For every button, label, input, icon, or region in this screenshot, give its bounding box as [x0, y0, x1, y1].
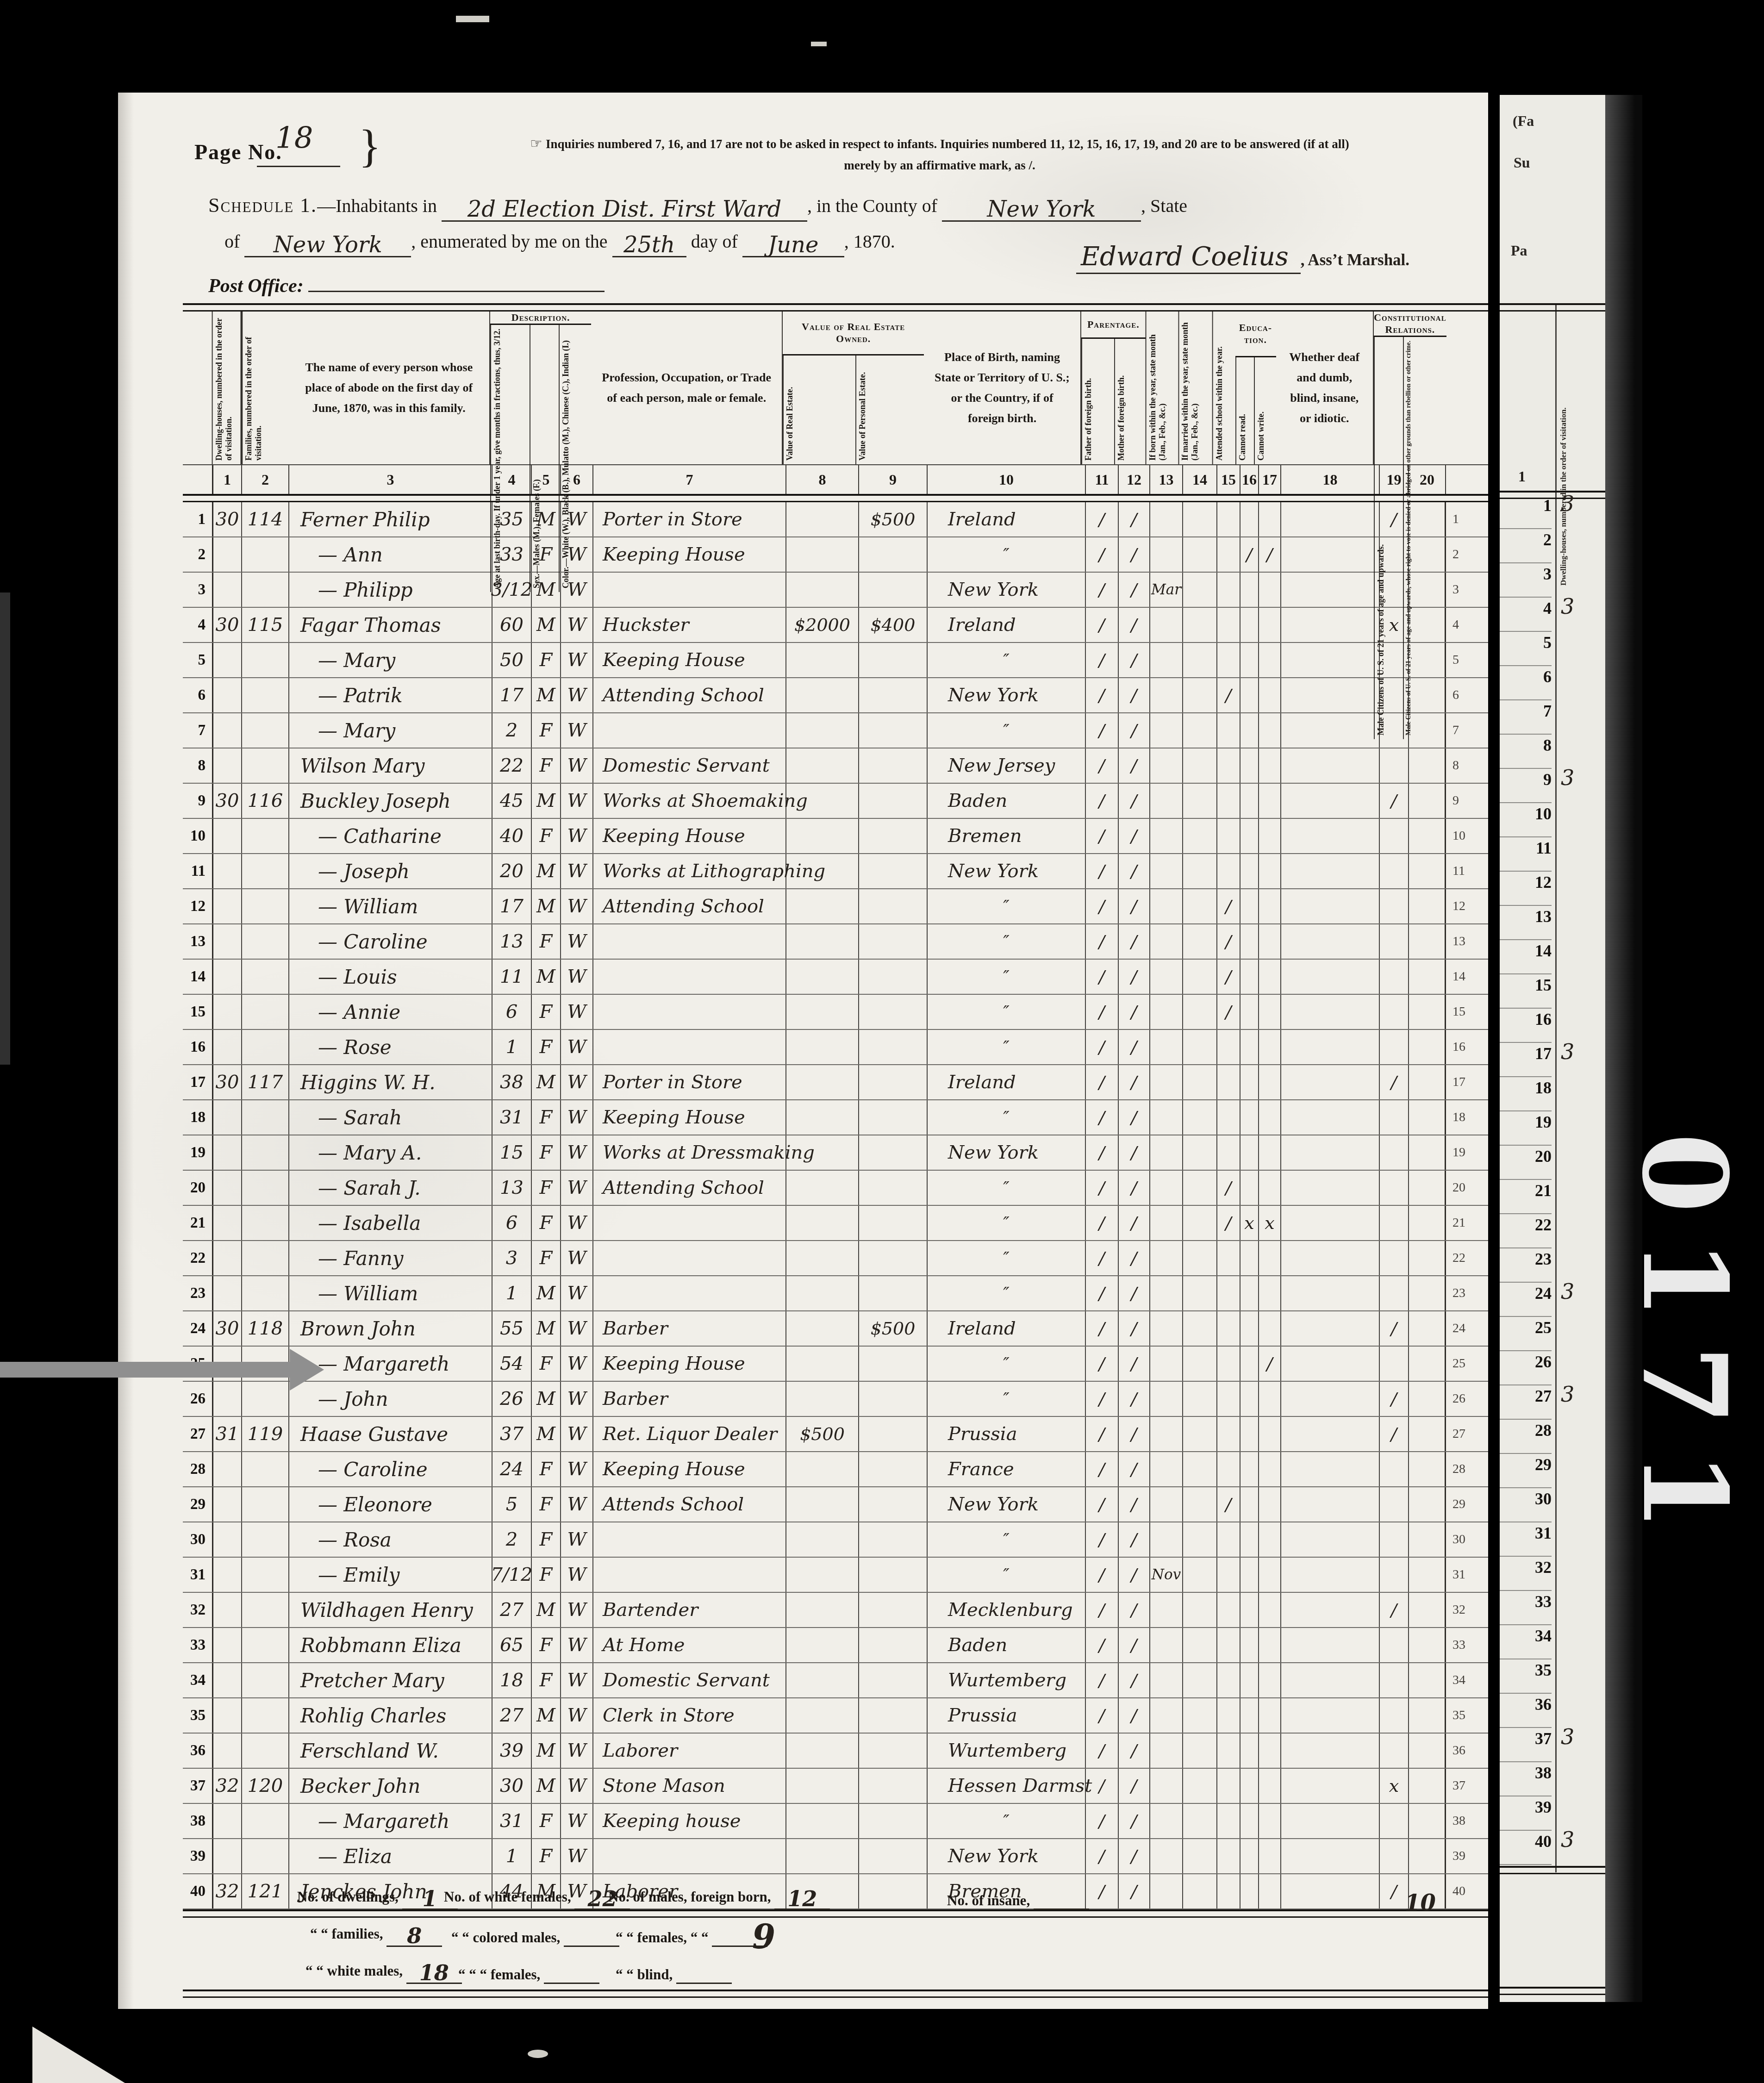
cell-sex: F [532, 1663, 561, 1697]
cell-male_citizen: / [1380, 1593, 1409, 1627]
cell-real_estate [786, 573, 859, 607]
cell-attended_school: / [1217, 960, 1240, 994]
cell-male_citizen [1380, 819, 1409, 853]
cell-father_foreign: / [1086, 748, 1119, 783]
cell-occupation: Works at Shoemaking [593, 784, 786, 818]
row-number-right: 13 [1446, 924, 1488, 959]
cell-born_month [1150, 1734, 1183, 1768]
cell-sex: F [532, 1030, 561, 1064]
cell-deaf_dumb [1281, 678, 1380, 712]
cell-name: — Philipp [289, 573, 492, 607]
cell-sex: M [532, 889, 561, 923]
cell-family [242, 678, 289, 712]
cell-cannot_read [1240, 1100, 1259, 1135]
cell-occupation: Porter in Store [593, 1065, 786, 1099]
cell-color: W [561, 1347, 593, 1381]
tally-label: No. of males, foreign born, [608, 1889, 774, 1905]
cell-name: — Margareth [289, 1804, 492, 1838]
cell-sex: F [532, 924, 561, 959]
row-number-left: 33 [183, 1628, 212, 1662]
table-row: 15— Annie6FW″///15 [183, 995, 1488, 1030]
cell-birthplace: Bremen [928, 819, 1086, 853]
strip-column-header-fragment: Dwelling-houses, numbered in the order o… [1559, 391, 1599, 586]
cell-cannot_write [1259, 784, 1281, 818]
table-row: 28— Caroline24FWKeeping HouseFrance//28 [183, 1452, 1488, 1487]
cell-mother_foreign: / [1119, 1593, 1150, 1627]
district-value: 2d Election Dist. First Ward [467, 196, 781, 222]
cell-real_estate [786, 1663, 859, 1697]
cell-cannot_write [1259, 854, 1281, 888]
table-row: 430115Fagar Thomas60MWHuckster$2000$400I… [183, 608, 1488, 643]
cell-color: W [561, 1839, 593, 1873]
marshal-signature-line: Edward Coelius, Ass’t Marshal. [1076, 242, 1409, 274]
cell-birthplace: New York [928, 1839, 1086, 1873]
strip-row-number: 5 [1500, 633, 1552, 666]
note-line-1: Inquiries numbered 7, 16, and 17 are not… [546, 137, 1349, 151]
enumerated-label: , enumerated by me on the [411, 231, 607, 252]
cell-family [242, 924, 289, 959]
table-header-row: Dwelling-houses, numbered in the order o… [183, 312, 1488, 464]
row-number-left: 20 [183, 1171, 212, 1205]
cell-dwelling [212, 1171, 242, 1205]
cell-family [242, 1522, 289, 1557]
tally-value: 18 [406, 1960, 462, 1984]
cell-birthplace: Baden [928, 784, 1086, 818]
cell-name: Higgins W. H. [289, 1065, 492, 1099]
strip-row-number: 15 [1500, 975, 1552, 1009]
cell-name: — Patrik [289, 678, 492, 712]
cell-deaf_dumb [1281, 1206, 1380, 1240]
cell-father_foreign: / [1086, 1593, 1119, 1627]
cell-real_estate [786, 1171, 859, 1205]
cell-personal_estate [859, 678, 928, 712]
row-number-right: 1 [1446, 502, 1488, 536]
strip-column-number: 1 [1518, 468, 1526, 485]
cell-family: 114 [242, 502, 289, 536]
cell-name: — Annie [289, 995, 492, 1029]
cell-name: — Eliza [289, 1839, 492, 1873]
cell-family [242, 1030, 289, 1064]
cell-father_foreign: / [1086, 1065, 1119, 1099]
cell-birthplace: Baden [928, 1628, 1086, 1662]
film-speck [528, 2050, 548, 2058]
cell-born_month [1150, 995, 1183, 1029]
cell-married_month [1183, 1417, 1217, 1451]
page-number-value: 18 [275, 121, 313, 156]
cell-married_month [1183, 713, 1217, 748]
cell-cannot_read [1240, 1734, 1259, 1768]
tally-value [1034, 1886, 1089, 1910]
cell-born_month [1150, 784, 1183, 818]
cell-cannot_write [1259, 1100, 1281, 1135]
table-row: 930116Buckley Joseph45MWWorks at Shoemak… [183, 784, 1488, 819]
cell-age: 45 [492, 784, 532, 818]
cell-occupation: Keeping House [593, 1347, 786, 1381]
cell-born_month: Nov [1150, 1558, 1183, 1592]
cell-color: W [561, 854, 593, 888]
cell-deaf_dumb [1281, 1311, 1380, 1346]
cell-mother_foreign: / [1119, 1839, 1150, 1873]
cell-personal_estate [859, 748, 928, 783]
cell-name: — Caroline [289, 1452, 492, 1486]
cell-attended_school [1217, 1663, 1240, 1697]
cell-born_month [1150, 1522, 1183, 1557]
cell-birthplace: Prussia [928, 1417, 1086, 1451]
tally-dwellings: No. of dwellings, 1 [297, 1886, 458, 1910]
cell-mother_foreign: / [1119, 1347, 1150, 1381]
cell-mother_foreign: / [1119, 1276, 1150, 1310]
cell-male_citizen [1380, 1628, 1409, 1662]
cell-family [242, 1663, 289, 1697]
cell-born_month [1150, 1030, 1183, 1064]
cell-age: 20 [492, 854, 532, 888]
cell-name: — Mary A. [289, 1135, 492, 1170]
column-header-18: Whether deaf and dumb, blind, insane, or… [1276, 312, 1374, 464]
cell-mother_foreign: / [1119, 854, 1150, 888]
cell-cannot_read [1240, 889, 1259, 923]
table-rows: 130114Ferner Philip35MWPorter in Store$5… [183, 502, 1488, 1909]
cell-married_month [1183, 608, 1217, 642]
cell-cannot_read [1240, 1030, 1259, 1064]
table-row: 21— Isabella6FW″///xx21 [183, 1206, 1488, 1241]
cell-color: W [561, 1276, 593, 1310]
cell-real_estate [786, 1382, 859, 1416]
cell-attended_school [1217, 573, 1240, 607]
cell-name: — Fanny [289, 1241, 492, 1275]
cell-name: — Isabella [289, 1206, 492, 1240]
strip-handwritten-mark: 3 [1561, 765, 1574, 790]
cell-deaf_dumb [1281, 748, 1380, 783]
cell-male_citizen_denied [1409, 1734, 1446, 1768]
cell-age: 1 [492, 1030, 532, 1064]
cell-cannot_write [1259, 1135, 1281, 1170]
cell-sex: F [532, 1347, 561, 1381]
cell-father_foreign: / [1086, 1100, 1119, 1135]
tally-value: 12 [774, 1886, 830, 1910]
cell-birthplace: ″ [928, 713, 1086, 748]
cell-dwelling [212, 1593, 242, 1627]
cell-born_month [1150, 1347, 1183, 1381]
row-number-left: 14 [183, 960, 212, 994]
cell-mother_foreign: / [1119, 1452, 1150, 1486]
column-number-17: 17 [1259, 465, 1281, 494]
cell-father_foreign: / [1086, 1698, 1119, 1733]
cell-male_citizen [1380, 1487, 1409, 1522]
cell-personal_estate [859, 1628, 928, 1662]
cell-occupation [593, 1558, 786, 1592]
cell-real_estate [786, 1628, 859, 1662]
cell-cannot_write [1259, 608, 1281, 642]
cell-father_foreign: / [1086, 643, 1119, 677]
cell-male_citizen: / [1380, 1382, 1409, 1416]
cell-father_foreign: / [1086, 1276, 1119, 1310]
cell-cannot_write [1259, 1452, 1281, 1486]
cell-male_citizen_denied [1409, 854, 1446, 888]
cell-cannot_read [1240, 1698, 1259, 1733]
row-number-right: 23 [1446, 1276, 1488, 1310]
table-row: 29— Eleonore5FWAttends SchoolNew York///… [183, 1487, 1488, 1522]
cell-born_month [1150, 960, 1183, 994]
cell-sex: M [532, 784, 561, 818]
film-speck [811, 42, 827, 46]
tally-white-males: “ “ white males, 18 [305, 1960, 462, 1984]
column-header-3: The name of every person whose place of … [288, 312, 490, 464]
cell-deaf_dumb [1281, 1382, 1380, 1416]
cell-male_citizen_denied [1409, 1100, 1446, 1135]
strip-footer-top-rule [1500, 1866, 1605, 1874]
cell-deaf_dumb [1281, 1628, 1380, 1662]
cell-sex: F [532, 1206, 561, 1240]
row-number-right: 32 [1446, 1593, 1488, 1627]
strip-row-number: 11 [1500, 838, 1552, 872]
cell-male_citizen [1380, 995, 1409, 1029]
cell-dwelling [212, 1522, 242, 1557]
cell-father_foreign: / [1086, 1804, 1119, 1838]
cell-born_month [1150, 678, 1183, 712]
cell-married_month [1183, 1452, 1217, 1486]
cell-personal_estate: $500 [859, 502, 928, 536]
cell-cannot_read [1240, 819, 1259, 853]
cell-real_estate: $500 [786, 1417, 859, 1451]
cell-sex: M [532, 1417, 561, 1451]
strip-row-number: 34 [1500, 1626, 1552, 1659]
table-row: 39— Eliza1FWNew York//39 [183, 1839, 1488, 1874]
cell-real_estate [786, 1839, 859, 1873]
cell-cannot_write [1259, 1065, 1281, 1099]
cell-birthplace: New York [928, 573, 1086, 607]
cell-deaf_dumb [1281, 1030, 1380, 1064]
cell-real_estate [786, 678, 859, 712]
tally-families: “ “ families, 8 [310, 1923, 442, 1947]
column-header-13: If born within the year, state month (Ja… [1146, 312, 1178, 464]
cell-family [242, 854, 289, 888]
cell-dwelling [212, 1276, 242, 1310]
cell-father_foreign: / [1086, 1558, 1119, 1592]
cell-mother_foreign: / [1119, 1100, 1150, 1135]
cell-attended_school [1217, 1698, 1240, 1733]
column-number-16: 16 [1240, 465, 1259, 494]
cell-male_citizen [1380, 1558, 1409, 1592]
cell-attended_school [1217, 1522, 1240, 1557]
cell-occupation: Keeping House [593, 537, 786, 572]
cell-birthplace: ″ [928, 1804, 1086, 1838]
cell-real_estate [786, 1065, 859, 1099]
cell-born_month [1150, 1452, 1183, 1486]
cell-name: — William [289, 1276, 492, 1310]
row-number-right: 5 [1446, 643, 1488, 677]
cell-real_estate [786, 854, 859, 888]
strip-handwritten-mark: 3 [1561, 491, 1574, 516]
cell-real_estate [786, 1311, 859, 1346]
day-label: day of [691, 231, 738, 252]
cell-mother_foreign: / [1119, 995, 1150, 1029]
cell-born_month [1150, 502, 1183, 536]
cell-age: 31 [492, 1100, 532, 1135]
cell-father_foreign: / [1086, 889, 1119, 923]
cell-male_citizen_denied [1409, 1698, 1446, 1733]
marshal-signature: Edward Coelius [1076, 242, 1301, 274]
cell-color: W [561, 1522, 593, 1557]
year-label: , 1870. [844, 231, 895, 252]
cell-birthplace: ″ [928, 1206, 1086, 1240]
column-number-9: 9 [859, 465, 928, 494]
strip-row-number: 9 [1500, 770, 1552, 803]
cell-born_month [1150, 748, 1183, 783]
cell-age: 17 [492, 889, 532, 923]
row-number-right: 16 [1446, 1030, 1488, 1064]
strip-row-number: 33 [1500, 1592, 1552, 1625]
cell-born_month: Mar [1150, 573, 1183, 607]
cell-birthplace: ″ [928, 995, 1086, 1029]
table-row: 10— Catharine40FWKeeping HouseBremen//10 [183, 819, 1488, 854]
cell-cannot_write [1259, 1663, 1281, 1697]
cell-real_estate [786, 1241, 859, 1275]
table-row: 20— Sarah J.13FWAttending School″///20 [183, 1171, 1488, 1206]
column-header-4: Age at last birth-day. If under 1 year, … [490, 325, 530, 592]
cell-cannot_write [1259, 1769, 1281, 1803]
column-header-11: Father of foreign birth. [1081, 339, 1114, 464]
cell-family [242, 819, 289, 853]
tally-males-foreign-born: No. of males, foreign born, 12 [608, 1886, 830, 1910]
cell-cannot_read [1240, 1276, 1259, 1310]
schedule-label: Schedule 1. [208, 194, 317, 217]
cell-cannot_write [1259, 1382, 1281, 1416]
table-row: 2430118Brown John55MWBarber$500Ireland//… [183, 1311, 1488, 1347]
table-row: 6— Patrik17MWAttending SchoolNew York///… [183, 678, 1488, 713]
cell-age: 65 [492, 1628, 532, 1662]
cell-deaf_dumb [1281, 1417, 1380, 1451]
strip-row-number: 10 [1500, 804, 1552, 837]
strip-row-number: 17 [1500, 1044, 1552, 1077]
cell-family [242, 1734, 289, 1768]
cell-deaf_dumb [1281, 1452, 1380, 1486]
cell-color: W [561, 1628, 593, 1662]
cell-male_citizen_denied [1409, 960, 1446, 994]
cell-born_month [1150, 1487, 1183, 1522]
cell-cannot_read [1240, 1135, 1259, 1170]
cell-male_citizen_denied [1409, 1347, 1446, 1381]
cell-cannot_read [1240, 1382, 1259, 1416]
cell-sex: M [532, 1311, 561, 1346]
cell-color: W [561, 1698, 593, 1733]
cell-mother_foreign: / [1119, 678, 1150, 712]
strip-row-number: 22 [1500, 1215, 1552, 1248]
cell-personal_estate [859, 1206, 928, 1240]
cell-dwelling [212, 1382, 242, 1416]
cell-married_month [1183, 1628, 1217, 1662]
row-number-left: 11 [183, 854, 212, 888]
cell-dwelling [212, 573, 242, 607]
cell-sex: F [532, 1171, 561, 1205]
cell-deaf_dumb [1281, 1171, 1380, 1205]
cell-dwelling [212, 1241, 242, 1275]
cell-birthplace: Ireland [928, 608, 1086, 642]
cell-sex: M [532, 854, 561, 888]
cell-father_foreign: / [1086, 1487, 1119, 1522]
cell-male_citizen_denied [1409, 1135, 1446, 1170]
row-number-left: 4 [183, 608, 212, 642]
cell-age: 1 [492, 1276, 532, 1310]
cell-married_month [1183, 960, 1217, 994]
cell-family [242, 713, 289, 748]
row-number-left: 35 [183, 1698, 212, 1733]
cell-married_month [1183, 1030, 1217, 1064]
tally-label: “ “ colored males, [451, 1929, 564, 1946]
strip-row-number: 2 [1500, 530, 1552, 563]
cell-attended_school [1217, 1593, 1240, 1627]
strip-table-top-rule [1500, 303, 1605, 312]
cell-cannot_read [1240, 502, 1259, 536]
row-number-right: 24 [1446, 1311, 1488, 1346]
tally-footer: No. of dwellings, 1 No. of white females… [183, 1876, 1488, 1987]
cell-color: W [561, 1487, 593, 1522]
cell-cannot_read [1240, 1065, 1259, 1099]
cell-birthplace: ″ [928, 1241, 1086, 1275]
cell-name: Ferschland W. [289, 1734, 492, 1768]
cell-occupation: Keeping House [593, 1452, 786, 1486]
cell-name: — Caroline [289, 924, 492, 959]
cell-family: 118 [242, 1311, 289, 1346]
footer-handwritten-mark: 10 [1405, 1890, 1436, 1916]
cell-deaf_dumb [1281, 1839, 1380, 1873]
cell-male_citizen_denied [1409, 1593, 1446, 1627]
tally-value [544, 1960, 599, 1984]
cell-male_citizen [1380, 889, 1409, 923]
cell-sex: F [532, 1135, 561, 1170]
strip-row-number: 4 [1500, 599, 1552, 632]
row-number-right: 30 [1446, 1522, 1488, 1557]
cell-family: 116 [242, 784, 289, 818]
cell-age: 24 [492, 1452, 532, 1486]
cell-cannot_read [1240, 995, 1259, 1029]
cell-mother_foreign: / [1119, 784, 1150, 818]
cell-cannot_read [1240, 573, 1259, 607]
cell-name: Ferner Philip [289, 502, 492, 536]
table-row: 36Ferschland W.39MWLaborerWurtemberg//36 [183, 1734, 1488, 1769]
cell-attended_school [1217, 1452, 1240, 1486]
cell-cannot_read [1240, 1311, 1259, 1346]
cell-dwelling: 30 [212, 1065, 242, 1099]
cell-name: — Eleonore [289, 1487, 492, 1522]
cell-male_citizen_denied [1409, 1663, 1446, 1697]
cell-male_citizen_denied [1409, 1487, 1446, 1522]
strip-row-number: 3 [1500, 564, 1552, 598]
cell-deaf_dumb [1281, 995, 1380, 1029]
cell-cannot_read [1240, 643, 1259, 677]
cell-occupation: Ret. Liquor Dealer [593, 1417, 786, 1451]
cell-born_month [1150, 537, 1183, 572]
cell-born_month [1150, 1276, 1183, 1310]
cell-male_citizen_denied [1409, 924, 1446, 959]
cell-family [242, 1558, 289, 1592]
cell-occupation: Domestic Servant [593, 1663, 786, 1697]
cell-family [242, 537, 289, 572]
cell-deaf_dumb [1281, 537, 1380, 572]
cell-male_citizen [1380, 1522, 1409, 1557]
cell-dwelling [212, 1734, 242, 1768]
row-number-right: 36 [1446, 1734, 1488, 1768]
page-number-label: Page No. [194, 140, 282, 164]
cell-married_month [1183, 1522, 1217, 1557]
cell-born_month [1150, 1663, 1183, 1697]
cell-personal_estate [859, 1522, 928, 1557]
cell-color: W [561, 678, 593, 712]
cell-personal_estate [859, 1347, 928, 1381]
cell-mother_foreign: / [1119, 1558, 1150, 1592]
cell-married_month [1183, 1135, 1217, 1170]
cell-cannot_read [1240, 748, 1259, 783]
strip-row-number: 14 [1500, 941, 1552, 974]
